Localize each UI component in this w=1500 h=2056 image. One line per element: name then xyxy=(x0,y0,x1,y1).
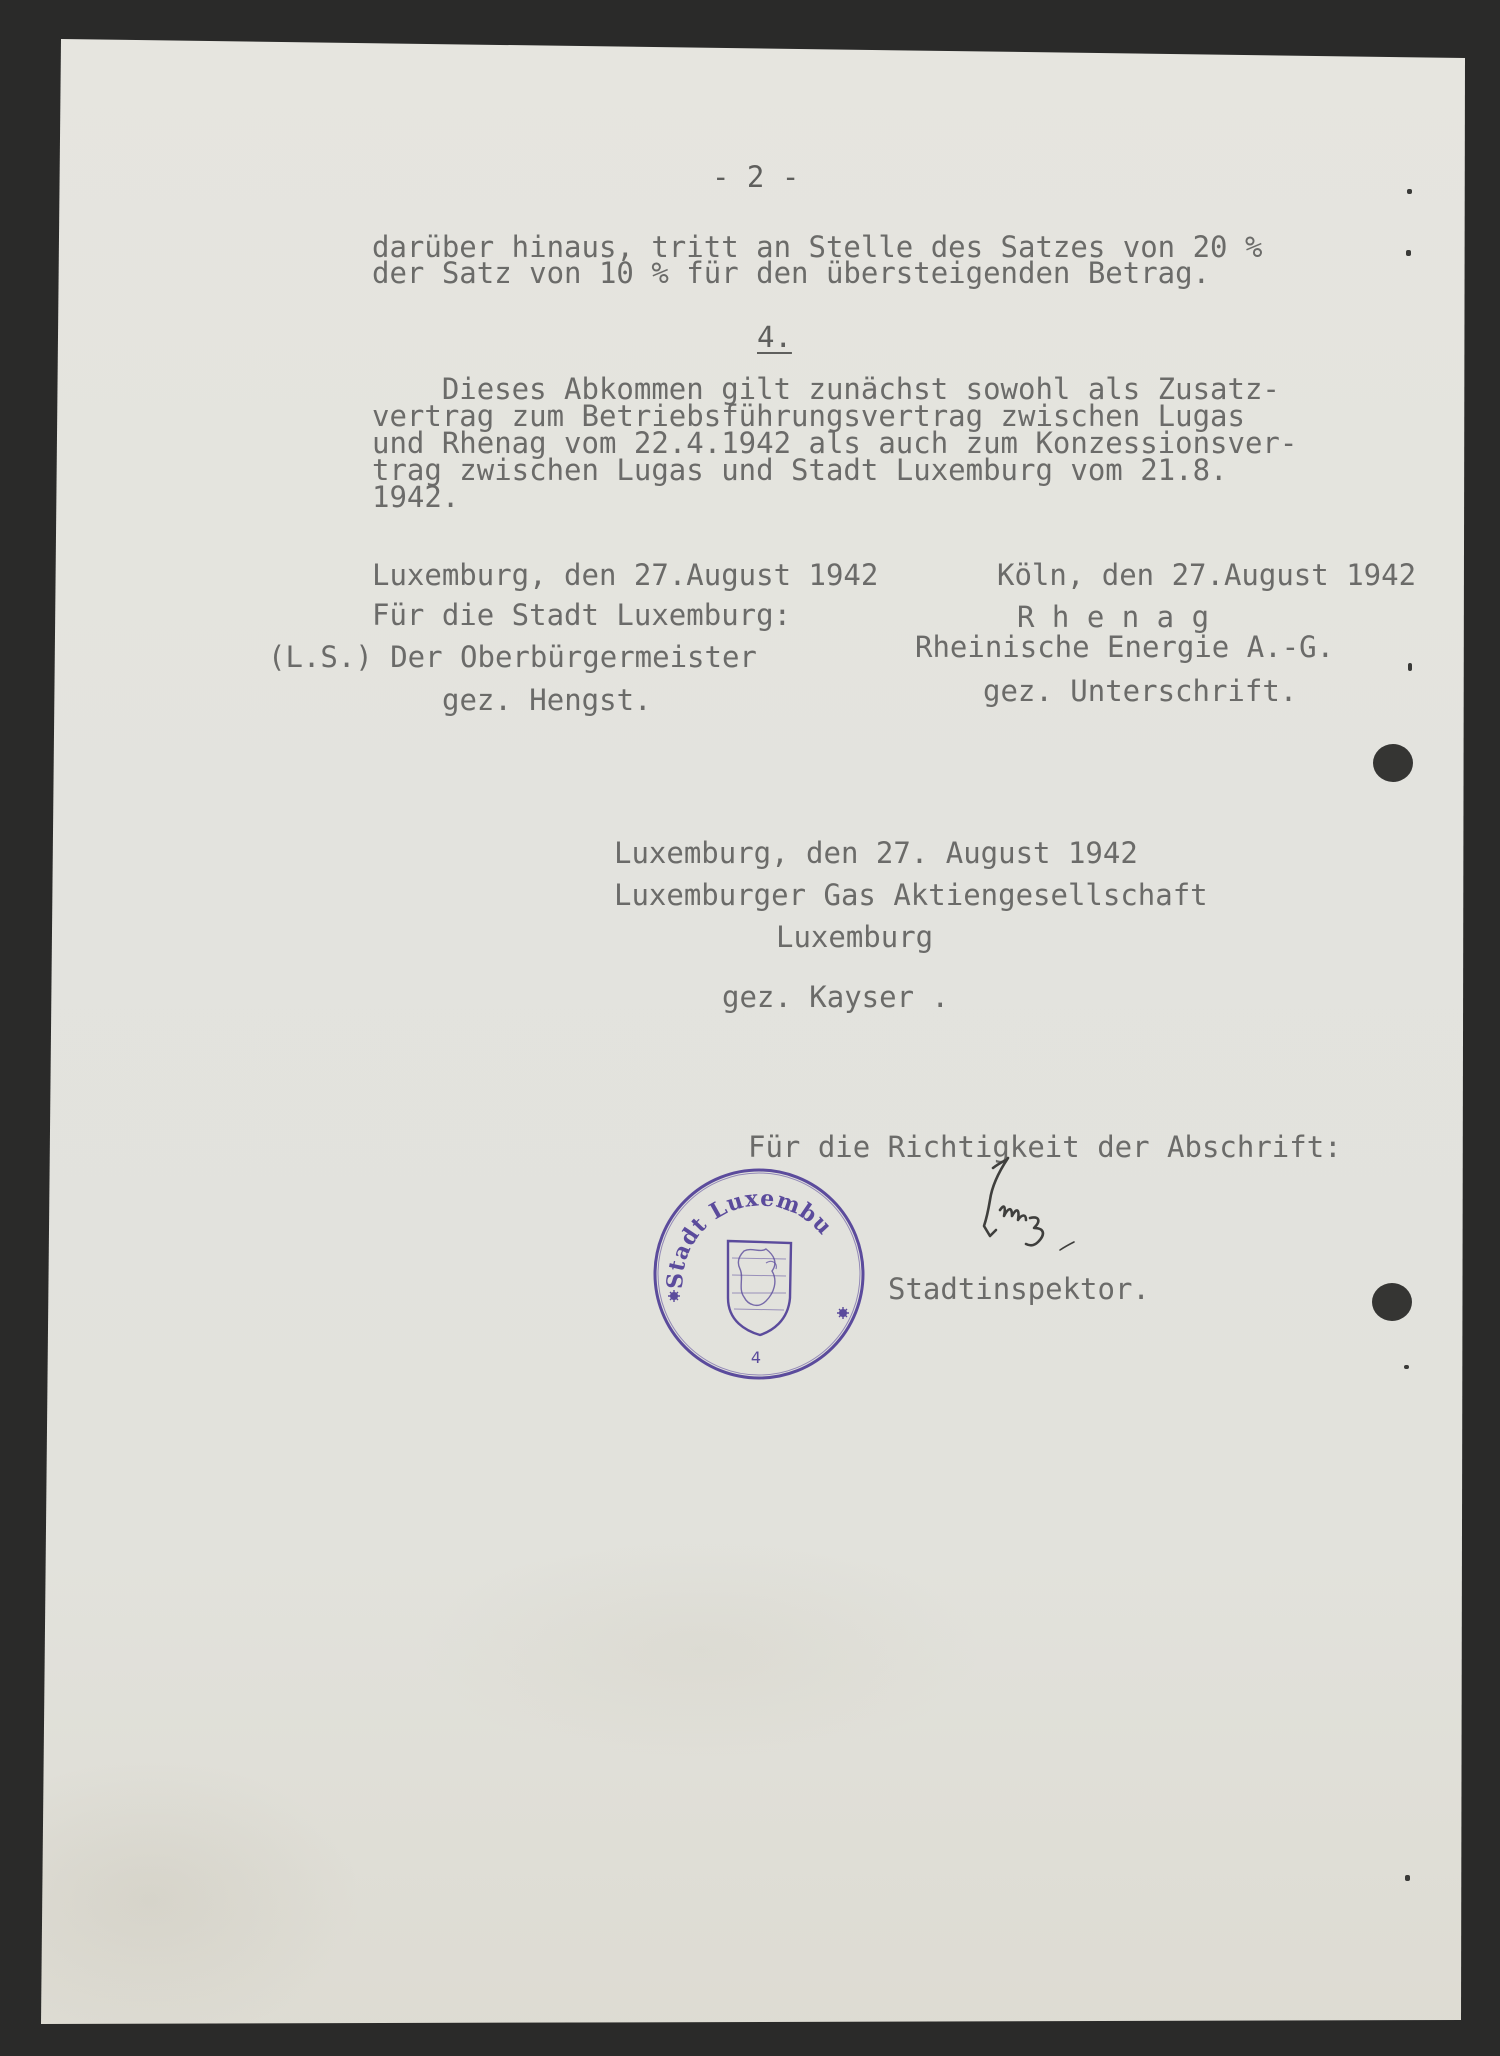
section-line-5: 1942. xyxy=(372,480,459,514)
right-company-short: R h e n a g xyxy=(1017,600,1209,634)
handwritten-signature-icon xyxy=(960,1150,1100,1270)
center-company: Luxemburger Gas Aktiengesellschaft xyxy=(614,878,1208,912)
left-signed: gez. Hengst. xyxy=(442,683,652,717)
left-title: (L.S.) Der Oberbürgermeister xyxy=(268,640,757,674)
right-place-date: Köln, den 27.August 1942 xyxy=(997,558,1416,592)
svg-text:Stadt Luxemburg: Stadt Luxemburg xyxy=(648,1163,838,1289)
center-city: Luxemburg xyxy=(776,920,933,954)
section-line-4: trag zwischen Lugas und Stadt Luxemburg … xyxy=(372,453,1228,487)
certification-title: Stadtinspektor. xyxy=(888,1272,1150,1306)
right-company-full: Rheinische Energie A.-G. xyxy=(915,630,1334,664)
margin-mark xyxy=(1406,250,1411,256)
margin-mark xyxy=(1404,1365,1409,1369)
certification-statement: Für die Richtigkeit der Abschrift: xyxy=(748,1130,1342,1164)
margin-mark xyxy=(1408,663,1412,671)
center-place-date: Luxemburg, den 27. August 1942 xyxy=(614,836,1138,870)
document-page: - 2 - darüber hinaus, tritt an Stelle de… xyxy=(0,0,1500,2056)
continuation-line-1: darüber hinaus, tritt an Stelle des Satz… xyxy=(372,230,1262,264)
punch-hole-bottom xyxy=(1372,1283,1412,1321)
section-heading: 4. xyxy=(757,320,792,354)
official-seal-icon: Stadt Luxemburg 4 xyxy=(648,1163,870,1385)
svg-text:4: 4 xyxy=(751,1348,761,1367)
section-line-3: und Rhenag vom 22.4.1942 als auch zum Ko… xyxy=(372,426,1297,460)
page-number: - 2 - xyxy=(712,160,799,194)
center-signed: gez. Kayser . xyxy=(722,980,949,1014)
margin-mark xyxy=(1407,189,1412,194)
continuation-line-2: der Satz von 10 % für den übersteigenden… xyxy=(372,256,1210,290)
punch-hole-top xyxy=(1373,744,1413,782)
right-signed: gez. Unterschrift. xyxy=(983,674,1297,708)
section-line-2: vertrag zum Betriebsführungsvertrag zwis… xyxy=(372,399,1245,433)
section-line-1: Dieses Abkommen gilt zunächst sowohl als… xyxy=(372,372,1280,406)
left-on-behalf: Für die Stadt Luxemburg: xyxy=(372,598,791,632)
margin-mark xyxy=(1405,1875,1410,1881)
left-place-date: Luxemburg, den 27.August 1942 xyxy=(372,558,878,592)
